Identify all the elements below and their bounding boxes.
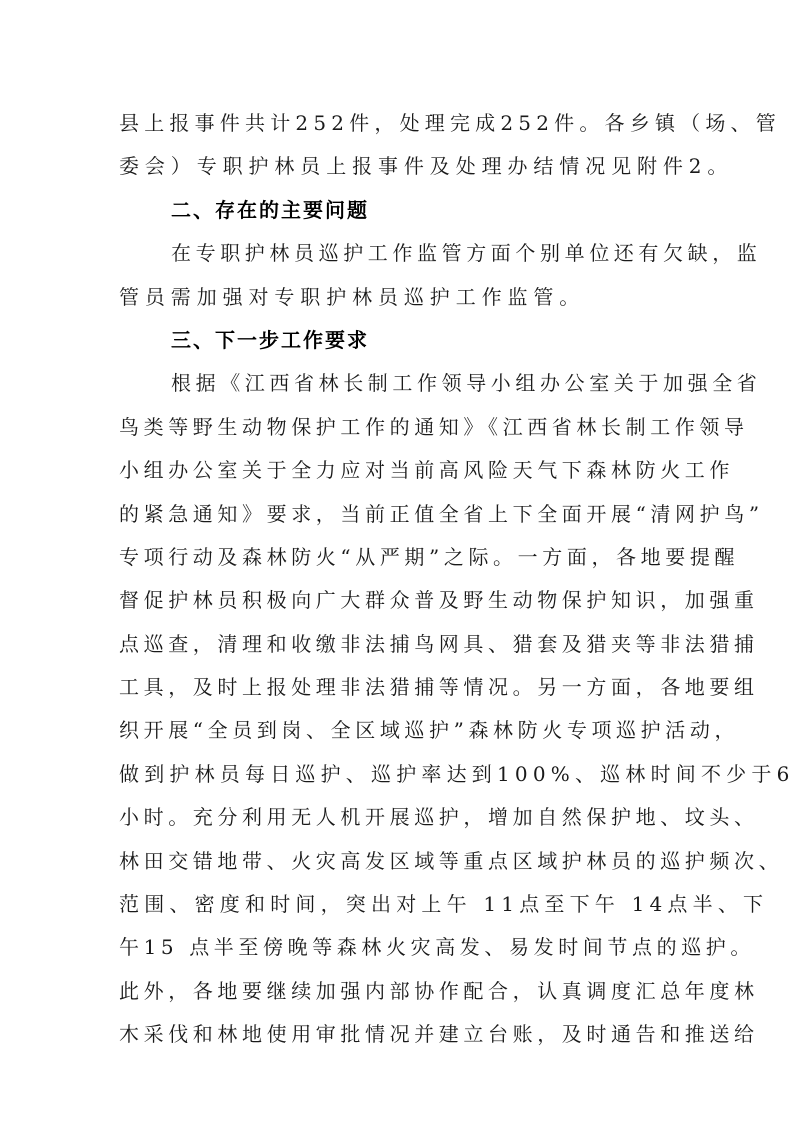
paragraph-line: 根据《江西省林长制工作领导小组办公室关于加强全省 xyxy=(119,362,675,405)
paragraph-line: 在专职护林员巡护工作监管方面个别单位还有欠缺，监 xyxy=(119,232,675,275)
paragraph-line: 午15 点半至傍晚等森林火灾高发、易发时间节点的巡护。 xyxy=(119,926,675,969)
paragraph-line: 管员需加强对专职护林员巡护工作监管。 xyxy=(119,276,675,319)
paragraph-line: 林田交错地带、火灾高发区域等重点区域护林员的巡护频次、 xyxy=(119,840,675,883)
paragraph-line: 做到护林员每日巡护、巡护率达到100%、巡林时间不少于6 xyxy=(119,753,675,796)
paragraph-line: 县上报事件共计252件，处理完成252件。各乡镇（场、管 xyxy=(119,102,675,145)
section-heading-next-steps: 三、下一步工作要求 xyxy=(119,319,675,362)
paragraph-line: 此外，各地要继续加强内部协作配合，认真调度汇总年度林 xyxy=(119,970,675,1013)
paragraph-line: 范围、密度和时间，突出对上午 11点至下午 14点半、下 xyxy=(119,883,675,926)
paragraph-line: 专项行动及森林防火“从严期”之际。一方面，各地要提醒 xyxy=(119,536,675,579)
paragraph-line: 鸟类等野生动物保护工作的通知》《江西省林长制工作领导 xyxy=(119,406,675,449)
paragraph-line: 小组办公室关于全力应对当前高风险天气下森林防火工作 xyxy=(119,449,675,492)
paragraph-line: 委会）专职护林员上报事件及处理办结情况见附件2。 xyxy=(119,145,675,188)
paragraph-line: 织开展“全员到岗、全区域巡护”森林防火专项巡护活动， xyxy=(119,709,675,752)
paragraph-line: 点巡查，清理和收缴非法捕鸟网具、猎套及猎夹等非法猎捕 xyxy=(119,623,675,666)
paragraph-line: 的紧急通知》要求，当前正值全省上下全面开展“清网护鸟” xyxy=(119,493,675,536)
section-heading-problems: 二、存在的主要问题 xyxy=(119,189,675,232)
paragraph-line: 督促护林员积极向广大群众普及野生动物保护知识，加强重 xyxy=(119,579,675,622)
document-page: 县上报事件共计252件，处理完成252件。各乡镇（场、管 委会）专职护林员上报事… xyxy=(119,102,675,1057)
paragraph-line: 小时。充分利用无人机开展巡护，增加自然保护地、坟头、 xyxy=(119,796,675,839)
paragraph-line: 木采伐和林地使用审批情况并建立台账，及时通告和推送给 xyxy=(119,1013,675,1056)
paragraph-line: 工具，及时上报处理非法猎捕等情况。另一方面，各地要组 xyxy=(119,666,675,709)
